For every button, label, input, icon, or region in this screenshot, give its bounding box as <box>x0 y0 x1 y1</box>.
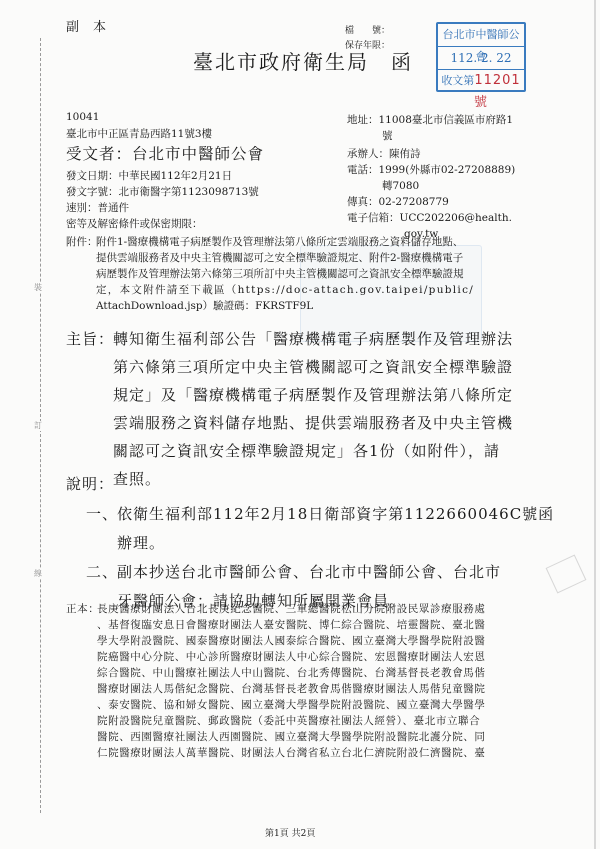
original-recipients-line: 醫療財團法人馬偕紀念醫院、台灣基督長老教會馬偕醫療財團法人馬偕兒童醫院 <box>97 681 486 697</box>
binding-margin-char: 裝 <box>34 283 42 293</box>
original-recipients-line: 院癌醫中心分院、中心診所醫療財團法人中心綜合醫院、宏恩醫療財團法人宏恩 <box>97 649 486 665</box>
original-recipients-line: 院附設醫院兒童醫院、郵政醫院（委託中英醫療社團法人經營）、臺北市立聯合 <box>97 713 480 729</box>
binding-margin-char: 線 <box>34 569 42 579</box>
original-recipients-line: 學大學附設醫院、國泰醫療財團法人國泰綜合醫院、國立臺灣大學醫學院附設醫 <box>97 633 486 649</box>
stamp-date: 112. 2. 22 <box>438 47 524 70</box>
contact-fax: 傳真：02-27208779 <box>347 194 449 210</box>
stamp-receipt-label: 收文第 <box>441 74 474 87</box>
subject-line: 規定」及「醫療機構電子病歷製作及管理辦法第八條所定 <box>113 381 513 409</box>
binding-margin-char: 訂 <box>34 421 42 431</box>
original-recipients-line: 仁院醫療財團法人萬華醫院、財團法人台灣省私立台北仁濟院附設仁濟醫院、臺 <box>97 745 486 761</box>
page-number: 第1頁 共2頁 <box>265 826 315 839</box>
explanation-item-marker: 一、 <box>86 500 118 529</box>
original-recipients-line: 綜合醫院、中山醫療社團法人中山醫院、台北秀傳醫院、台灣基督長老教會馬偕 <box>97 665 486 681</box>
speed: 速別：普通件 <box>66 200 129 216</box>
subject-line: 第六條第三項所定中央主管機關認可之資訊安全標準驗證 <box>113 353 513 381</box>
issue-date: 發文日期：中華民國112年2月21日 <box>66 168 232 184</box>
attachments-label: 附件： <box>66 235 98 251</box>
subject-line: 轉知衛生福利部公告「醫療機構電子病歷製作及管理辦法 <box>113 325 513 353</box>
original-recipients-line: 、泰安醫院、協和婦女醫院、國立臺灣大學醫學院附設醫院、國立臺灣大學醫學 <box>97 697 486 713</box>
attachments-link-line[interactable]: AttachDownload.jsp）驗證碼：FKRSTF9L <box>96 299 313 315</box>
contact-email: 電子信箱：UCC202206@health. <box>347 210 512 226</box>
explanation-item-line: 辦理。 <box>117 529 165 558</box>
attachments-line: 附件1-醫療機構電子病歷製作及管理辦法第八條所定雲端服務之資料儲存地點、 <box>96 235 463 251</box>
classification: 密等及解密條件或保密期限： <box>66 216 203 232</box>
stamp-organization: 台北市中醫師公會 <box>438 24 524 47</box>
contact-address: 地址：11008臺北市信義區市府路1 <box>347 112 513 128</box>
original-recipients-line: 醫院、西園醫療社團法人西園醫院、國立臺灣大學醫學院附設醫院北護分院、同 <box>97 729 486 745</box>
subject-label: 主旨： <box>66 325 114 353</box>
contact-address-cont: 號 <box>382 128 393 144</box>
stamp-receipt-number: 11201號 <box>474 73 521 110</box>
attachments-line: 定，本文附件請至下載區（https://doc-attach.gov.taipe… <box>96 283 474 299</box>
contact-phone: 電話：1999(外縣市02-27208889) <box>347 162 515 178</box>
explanation-item-marker: 二、 <box>86 558 118 587</box>
explanation-item-line: 副本抄送台北市醫師公會、台北市中醫師公會、台北市 <box>117 558 501 587</box>
stamp-receipt-row: 收文第11201號 <box>438 70 524 92</box>
attachments-line: 病歷製作及管理辦法第六條第三項所訂中央主管機關認可之資訊安全標準驗證規 <box>96 267 464 283</box>
receipt-stamp: 台北市中醫師公會 112. 2. 22 收文第11201號 <box>436 22 526 92</box>
copy-mark: 副本 <box>66 16 120 35</box>
attachments-line: 提供雲端服務者及中央主管機關認可之安全標準驗證規定、附件2-醫療機構電子 <box>96 251 463 267</box>
contact-handler: 承辦人：陳侑詩 <box>347 146 421 162</box>
explanation-item-line: 依衛生福利部112年2月18日衛部資字第1122660046C號函 <box>117 500 554 529</box>
page-edge <box>594 0 596 849</box>
subject-line: 雲端服務之資料儲存地點、提供雲端服務者及中央主管機 <box>113 409 513 437</box>
recipient-address: 臺北市中正區青島西路11號3樓 <box>66 126 212 142</box>
original-recipients-label: 正本： <box>66 601 99 617</box>
contact-phone-ext: 轉7080 <box>382 178 419 194</box>
subject-line: 查照。 <box>113 465 161 493</box>
page-title: 臺北市政府衛生局 函 <box>193 46 413 75</box>
verification-seal <box>546 555 587 594</box>
postal-code: 10041 <box>66 109 99 125</box>
file-number-label: 檔 號： <box>345 24 390 39</box>
explanation-label: 說明： <box>66 470 114 499</box>
original-recipients-line: 長庚醫療財團法人台北長庚紀念醫院、三軍總醫院松山分院附設民眾診療服務處 <box>97 601 486 617</box>
original-recipients-line: 、基督復臨安息日會醫療財團法人臺安醫院、博仁綜合醫院、培靈醫院、臺北醫 <box>97 617 486 633</box>
document-page: 裝 訂 線 副本 檔 號： 保存年限： 臺北市政府衛生局 函 台北市中醫師公會 … <box>0 0 600 849</box>
subject-line: 關認可之資訊安全標準驗證規定」各1份（如附件），請 <box>113 437 500 465</box>
doc-number: 發文字號：北市衛醫字第1123098713號 <box>66 184 259 200</box>
recipient: 受文者：台北市中醫師公會 <box>66 142 264 164</box>
